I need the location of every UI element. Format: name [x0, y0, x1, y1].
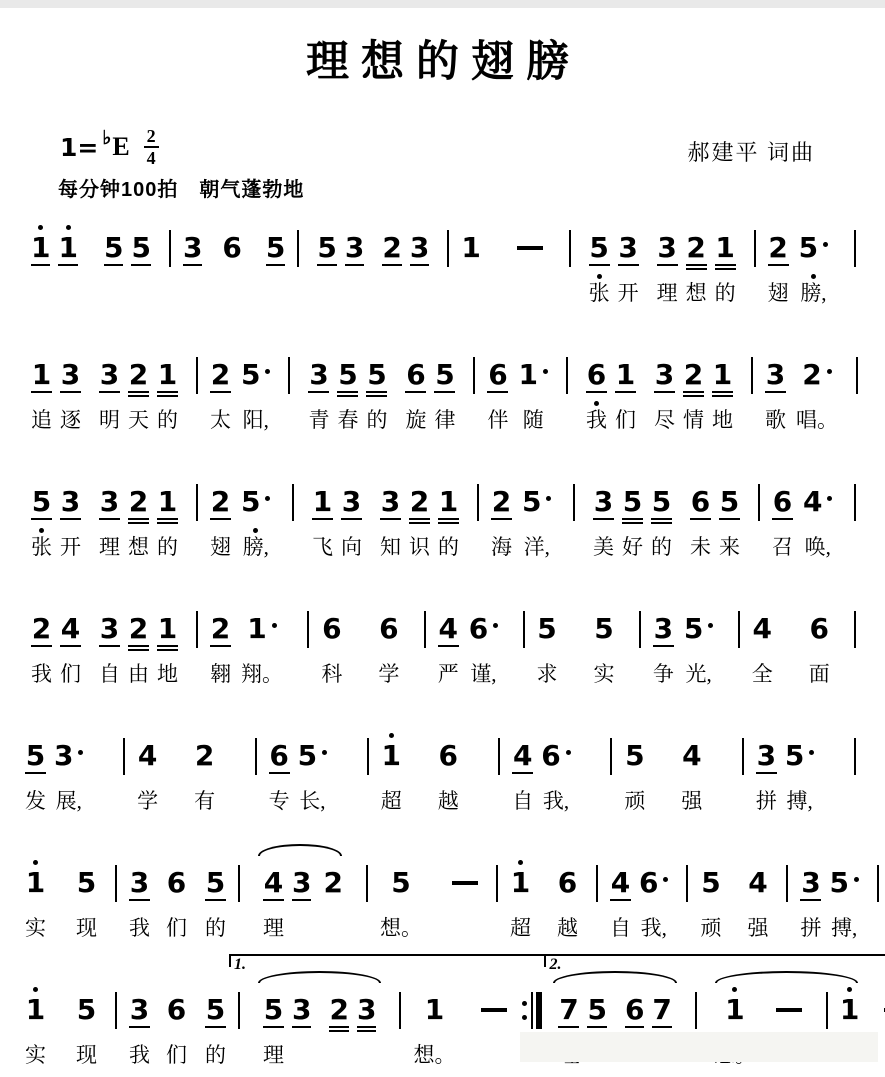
repeat-barline: [522, 992, 542, 1029]
eighth-underline: [341, 518, 362, 520]
digit: 2: [323, 867, 342, 898]
note: 3美: [589, 470, 618, 565]
octave-up-dot: [518, 860, 523, 865]
note: 6未: [686, 470, 715, 565]
digit: 2: [329, 994, 348, 1025]
barline: [569, 230, 571, 267]
digit: 1: [26, 867, 45, 898]
lyric: 自: [99, 662, 120, 692]
underline-zone: [803, 517, 832, 527]
barline: [786, 865, 788, 902]
digit: 6: [406, 359, 425, 390]
digit: 6: [558, 867, 577, 898]
underline-zone: [522, 517, 551, 527]
augmentation-dot: [708, 623, 713, 628]
lyric: 唤,: [805, 535, 831, 565]
underline-zone: [312, 517, 333, 527]
barline: [596, 865, 598, 902]
underline-zone: [321, 644, 342, 654]
barline: [196, 484, 198, 521]
eighth-underline: [434, 391, 455, 393]
note-digit: 5: [684, 613, 713, 644]
lyric: 张: [589, 281, 610, 311]
digit: 6: [773, 486, 792, 517]
note: 3: [288, 978, 315, 1073]
underline-zone: [128, 517, 149, 527]
eighth-underline: [654, 391, 675, 393]
barline: [366, 865, 368, 902]
beam-group: 4理3: [259, 851, 315, 946]
lyric: 们: [615, 408, 636, 438]
eighth-underline: [210, 645, 231, 647]
note-digit: 2: [129, 613, 148, 644]
lyric: 长,: [299, 789, 325, 819]
digit: 3: [61, 359, 80, 390]
note-digit: 5: [338, 359, 357, 390]
note: 2识: [405, 470, 434, 565]
digit: 3: [357, 994, 376, 1025]
note-digit: 5: [241, 486, 270, 517]
note-digit: 6: [639, 867, 668, 898]
digit: 5: [785, 740, 804, 771]
lyric: 强: [747, 916, 768, 946]
eighth-underline: [337, 391, 358, 393]
note-digit: 5: [537, 613, 556, 644]
digit: 5: [206, 867, 225, 898]
digit: 5: [701, 867, 720, 898]
octave-up-zone: [389, 724, 394, 740]
note: 4全: [749, 597, 776, 692]
lyric: 拼: [800, 916, 821, 946]
lyric: 想。: [413, 1043, 455, 1073]
eighth-underline: [345, 264, 364, 266]
digit: 2: [768, 232, 787, 263]
eighth-underline: [357, 1026, 376, 1028]
lyric: 拼: [756, 789, 777, 819]
digit: 3: [766, 359, 785, 390]
note-digit: 6: [406, 359, 425, 390]
barline: [115, 865, 117, 902]
eighth-underline: [292, 899, 311, 901]
digit: 5: [131, 232, 150, 263]
barline: [566, 357, 568, 394]
underline-zone: [166, 898, 187, 908]
eighth-underline: [712, 391, 733, 393]
octave-down-zone: [253, 527, 258, 535]
eighth-underline: [625, 1026, 644, 1028]
underline-zone: [438, 517, 459, 527]
augmentation-dot: [265, 369, 270, 374]
note-digit: 1: [313, 486, 332, 517]
meter-denominator: 4: [147, 149, 156, 167]
volta-line: [229, 954, 544, 967]
lyric: 实: [594, 662, 615, 692]
lyric: 我: [31, 662, 52, 692]
flat-sign: ♭: [102, 127, 111, 150]
digit: 3: [309, 359, 328, 390]
note: 2: [378, 216, 405, 311]
note-digit: 5: [298, 740, 327, 771]
note: 4唤,: [800, 470, 835, 565]
underline-zone: [654, 390, 675, 400]
lyric: 旋: [405, 408, 426, 438]
augmentation-dot: [546, 496, 551, 501]
eighth-underline: [31, 391, 52, 393]
lyric: 我: [586, 408, 607, 438]
note: 1实: [22, 851, 49, 946]
augmentation-dot: [322, 750, 327, 755]
thick-bar: [536, 992, 542, 1029]
note-digit: 5: [625, 740, 644, 771]
key-signature: 1= ♭ E 2 4: [60, 127, 159, 167]
slur-arc: [553, 971, 676, 983]
note: 1想。: [410, 978, 458, 1073]
octave-up-dot: [33, 860, 38, 865]
augmentation-dot: [827, 496, 832, 501]
lyric: 伴: [487, 408, 508, 438]
beam-group: 23: [378, 216, 433, 311]
barline: [399, 992, 401, 1029]
underline-zone: [99, 644, 120, 654]
lyric: 情: [683, 408, 704, 438]
note-digit: 5: [799, 232, 828, 263]
underline-zone: [586, 390, 607, 400]
note-digit: 4: [138, 740, 157, 771]
digit: 6: [167, 994, 186, 1025]
digit: 6: [809, 613, 828, 644]
note: 5: [313, 216, 340, 311]
note-digit: 3: [357, 994, 376, 1025]
note: 5的: [202, 851, 229, 946]
eighth-underline: [622, 518, 643, 520]
note-digit: 5: [317, 232, 336, 263]
lyric: 开: [60, 535, 81, 565]
note-digit: 1: [461, 232, 480, 263]
sixteenth-underline: [157, 649, 178, 651]
augmentation-dot: [78, 750, 83, 755]
digit: 2: [211, 359, 230, 390]
lyric: 知: [380, 535, 401, 565]
barline: [742, 738, 744, 775]
digit: 3: [292, 994, 311, 1025]
lyric: 有: [194, 789, 215, 819]
underline-zone: [434, 390, 455, 400]
note: 1的: [434, 470, 463, 565]
lyric: 学: [378, 662, 399, 692]
underline-zone: [756, 771, 777, 781]
beam-group: 1追3逐: [27, 343, 85, 438]
lyric: 的: [366, 408, 387, 438]
note: 2由: [124, 597, 153, 692]
underline-zone: [382, 263, 401, 273]
barline: [447, 230, 449, 267]
note-digit: 3: [657, 232, 676, 263]
lyric: 开: [618, 281, 639, 311]
barline: [424, 611, 426, 648]
note-digit: 3: [130, 867, 149, 898]
note: 5: [263, 216, 288, 311]
lyric: 的: [157, 408, 178, 438]
note: 3拼: [797, 851, 824, 946]
note-digit: 5: [206, 867, 225, 898]
eighth-underline: [589, 264, 610, 266]
lyric: 们: [166, 916, 187, 946]
underline-zone: [618, 263, 639, 273]
digit: 1: [381, 740, 400, 771]
note: 1超: [378, 724, 405, 819]
barline: [367, 738, 369, 775]
note-digit: 3: [618, 232, 637, 263]
note-digit: 6: [167, 994, 186, 1025]
lyric: 天: [128, 408, 149, 438]
digit: 5: [684, 613, 703, 644]
lyric: 追: [31, 408, 52, 438]
digit: 1: [725, 994, 744, 1025]
note-digit: 2: [129, 359, 148, 390]
note: 5长,: [295, 724, 330, 819]
digit: 5: [367, 359, 386, 390]
lyric: 面: [809, 662, 830, 692]
note: 3拼: [753, 724, 780, 819]
digit: 3: [100, 613, 119, 644]
barline: [238, 865, 240, 902]
digit: 6: [322, 613, 341, 644]
digit: 4: [138, 740, 157, 771]
augmentation-dot: [663, 877, 668, 882]
barline: [123, 738, 125, 775]
digit: 1: [511, 867, 530, 898]
note-digit: 4: [264, 867, 283, 898]
octave-up-dot: [66, 225, 71, 230]
eighth-underline: [410, 264, 429, 266]
digit: 3: [655, 359, 674, 390]
digit: 6: [587, 359, 606, 390]
sixteenth-underline: [337, 395, 358, 397]
underline-zone: [491, 517, 512, 527]
barline: [238, 992, 240, 1029]
eighth-underline: [438, 518, 459, 520]
digit: 3: [757, 740, 776, 771]
lyric: 理: [657, 281, 678, 311]
underline-zone: [157, 644, 178, 654]
lyric: 我,: [641, 916, 667, 946]
note: 5阳,: [238, 343, 273, 438]
digit: 5: [829, 867, 848, 898]
digit: 5: [317, 232, 336, 263]
note: 3: [406, 216, 433, 311]
eighth-underline: [719, 518, 740, 520]
digit: 4: [748, 867, 767, 898]
note: 1翔。: [238, 597, 286, 692]
octave-down-dot: [253, 528, 258, 533]
underline-zone: [25, 898, 46, 908]
beam-group: 3理2想1的: [95, 470, 182, 565]
digit: 2: [129, 613, 148, 644]
beam-group: 2我4们: [27, 597, 85, 692]
underline-zone: [409, 517, 430, 527]
lyric: 律: [434, 408, 455, 438]
underline-zone: [31, 390, 52, 400]
lyric: 向: [341, 535, 362, 565]
eighth-underline: [593, 518, 614, 520]
underline-zone: [60, 517, 81, 527]
note: 1: [458, 216, 483, 311]
lyric: 理: [99, 535, 120, 565]
note-digit: 1: [425, 994, 444, 1025]
spacer: [510, 978, 516, 1073]
digit: 4: [682, 740, 701, 771]
lyric: 翅: [768, 281, 789, 311]
octave-up-dot: [33, 987, 38, 992]
underline-zone: [210, 390, 231, 400]
octave-down-dot: [811, 274, 816, 279]
note-digit: 6: [379, 613, 398, 644]
note-digit: 1: [158, 613, 177, 644]
lyric: 逐: [60, 408, 81, 438]
underline-zone: [131, 263, 150, 273]
underline-zone: [537, 644, 558, 654]
barline: [854, 738, 856, 775]
eighth-underline: [800, 899, 821, 901]
digit: 6: [269, 740, 288, 771]
note-digit: 5: [829, 867, 858, 898]
barline: [826, 992, 828, 1029]
underline-zone: [157, 390, 178, 400]
beam-group: 3尽2情1地: [650, 343, 737, 438]
lyric: 未: [690, 535, 711, 565]
lyric: 超: [510, 916, 531, 946]
digit: 1: [715, 232, 734, 263]
digit: 2: [195, 740, 214, 771]
note-digit: 5: [594, 613, 613, 644]
eighth-underline: [382, 264, 401, 266]
underline-zone: [205, 1025, 226, 1035]
underline-zone: [341, 517, 362, 527]
augmentation-dot: [854, 877, 859, 882]
underline-zone: [380, 898, 422, 908]
note: 3我: [126, 978, 153, 1073]
lyric: 翅: [210, 535, 231, 565]
underline-zone: [690, 517, 711, 527]
music-line-1: 1155365532315张3开3理2想1的2翅5膀,: [22, 216, 865, 311]
beam-group: 3知2识1的: [376, 470, 463, 565]
octave-down-zone: [811, 273, 816, 281]
eighth-underline: [715, 264, 736, 266]
note: 1飞: [308, 470, 337, 565]
lyric: 想。: [380, 916, 422, 946]
eighth-underline: [205, 1026, 226, 1028]
digit: 1: [158, 486, 177, 517]
sixteenth-underline: [157, 522, 178, 524]
note: 2翱: [207, 597, 234, 692]
augmentation-dot: [493, 623, 498, 628]
note: 3向: [337, 470, 366, 565]
underline-zone: [461, 263, 480, 273]
note: 2太: [207, 343, 234, 438]
note-digit: 2: [129, 486, 148, 517]
note: 6专: [266, 724, 293, 819]
underline-zone: [31, 644, 52, 654]
note-digit: 5: [785, 740, 814, 771]
eighth-underline: [615, 391, 636, 393]
note: 1超: [507, 851, 534, 946]
note-digit: 2: [211, 359, 230, 390]
note: 5的: [202, 978, 229, 1073]
eighth-underline: [205, 899, 226, 901]
underline-zone: [241, 517, 270, 527]
note: 5顽: [697, 851, 724, 946]
digit: 3: [54, 740, 73, 771]
digit: 5: [77, 867, 96, 898]
eighth-underline: [60, 645, 81, 647]
note-digit: 2: [686, 232, 705, 263]
note-digit: 6: [809, 613, 828, 644]
underline-zone: [337, 390, 358, 400]
digit: 3: [183, 232, 202, 263]
note: 5张: [27, 470, 56, 565]
underline-zone: [800, 898, 821, 908]
underline-zone: [99, 517, 120, 527]
sixteenth-underline: [622, 522, 643, 524]
note: 5发: [22, 724, 49, 819]
underline-zone: [329, 1025, 348, 1035]
digit: 1: [713, 359, 732, 390]
song-title: 理想的翅膀: [22, 28, 865, 89]
beam-group: 3美5好5的: [589, 470, 676, 565]
note-digit: 3: [801, 867, 820, 898]
music-area: 1155365532315张3开3理2想1的2翅5膀,1追3逐3明2天1的2太5…: [22, 216, 865, 1073]
eighth-underline: [58, 264, 77, 266]
duration-dash: [481, 1008, 507, 1012]
note: 1的: [153, 470, 182, 565]
barline: [196, 611, 198, 648]
underline-zone: [269, 771, 290, 781]
note-digit: 1: [247, 613, 276, 644]
eighth-underline: [312, 518, 333, 520]
lyric: 我: [129, 916, 150, 946]
digit: 5: [241, 486, 260, 517]
barline: [610, 738, 612, 775]
underline-zone: [541, 771, 570, 781]
duration-dash: [452, 881, 478, 885]
eighth-underline: [317, 264, 336, 266]
underline-zone: [241, 390, 270, 400]
digit: 5: [623, 486, 642, 517]
music-line-3: 5张3开3理2想1的2翅5膀,1飞3向3知2识1的2海5洋,3美5好5的6未5来…: [22, 470, 865, 565]
note: 6们: [163, 978, 190, 1073]
sixteenth-underline: [329, 1030, 348, 1032]
underline-zone: [31, 517, 52, 527]
note-digit: 5: [522, 486, 551, 517]
note: 3开: [614, 216, 643, 311]
note: 6我: [582, 343, 611, 438]
beam-group: 23: [325, 978, 380, 1073]
eighth-underline: [25, 772, 46, 774]
barline: [307, 611, 309, 648]
lyric: 超: [381, 789, 402, 819]
eighth-underline: [690, 518, 711, 520]
barline: [498, 738, 500, 775]
digit: 5: [587, 994, 606, 1025]
note: 3: [288, 851, 315, 946]
digit: 5: [266, 232, 285, 263]
underline-zone: [25, 1025, 46, 1035]
lyric: 来: [719, 535, 740, 565]
digit: 3: [100, 359, 119, 390]
eighth-underline: [308, 391, 329, 393]
lyric: 翔。: [241, 662, 283, 692]
digit: 5: [264, 994, 283, 1025]
